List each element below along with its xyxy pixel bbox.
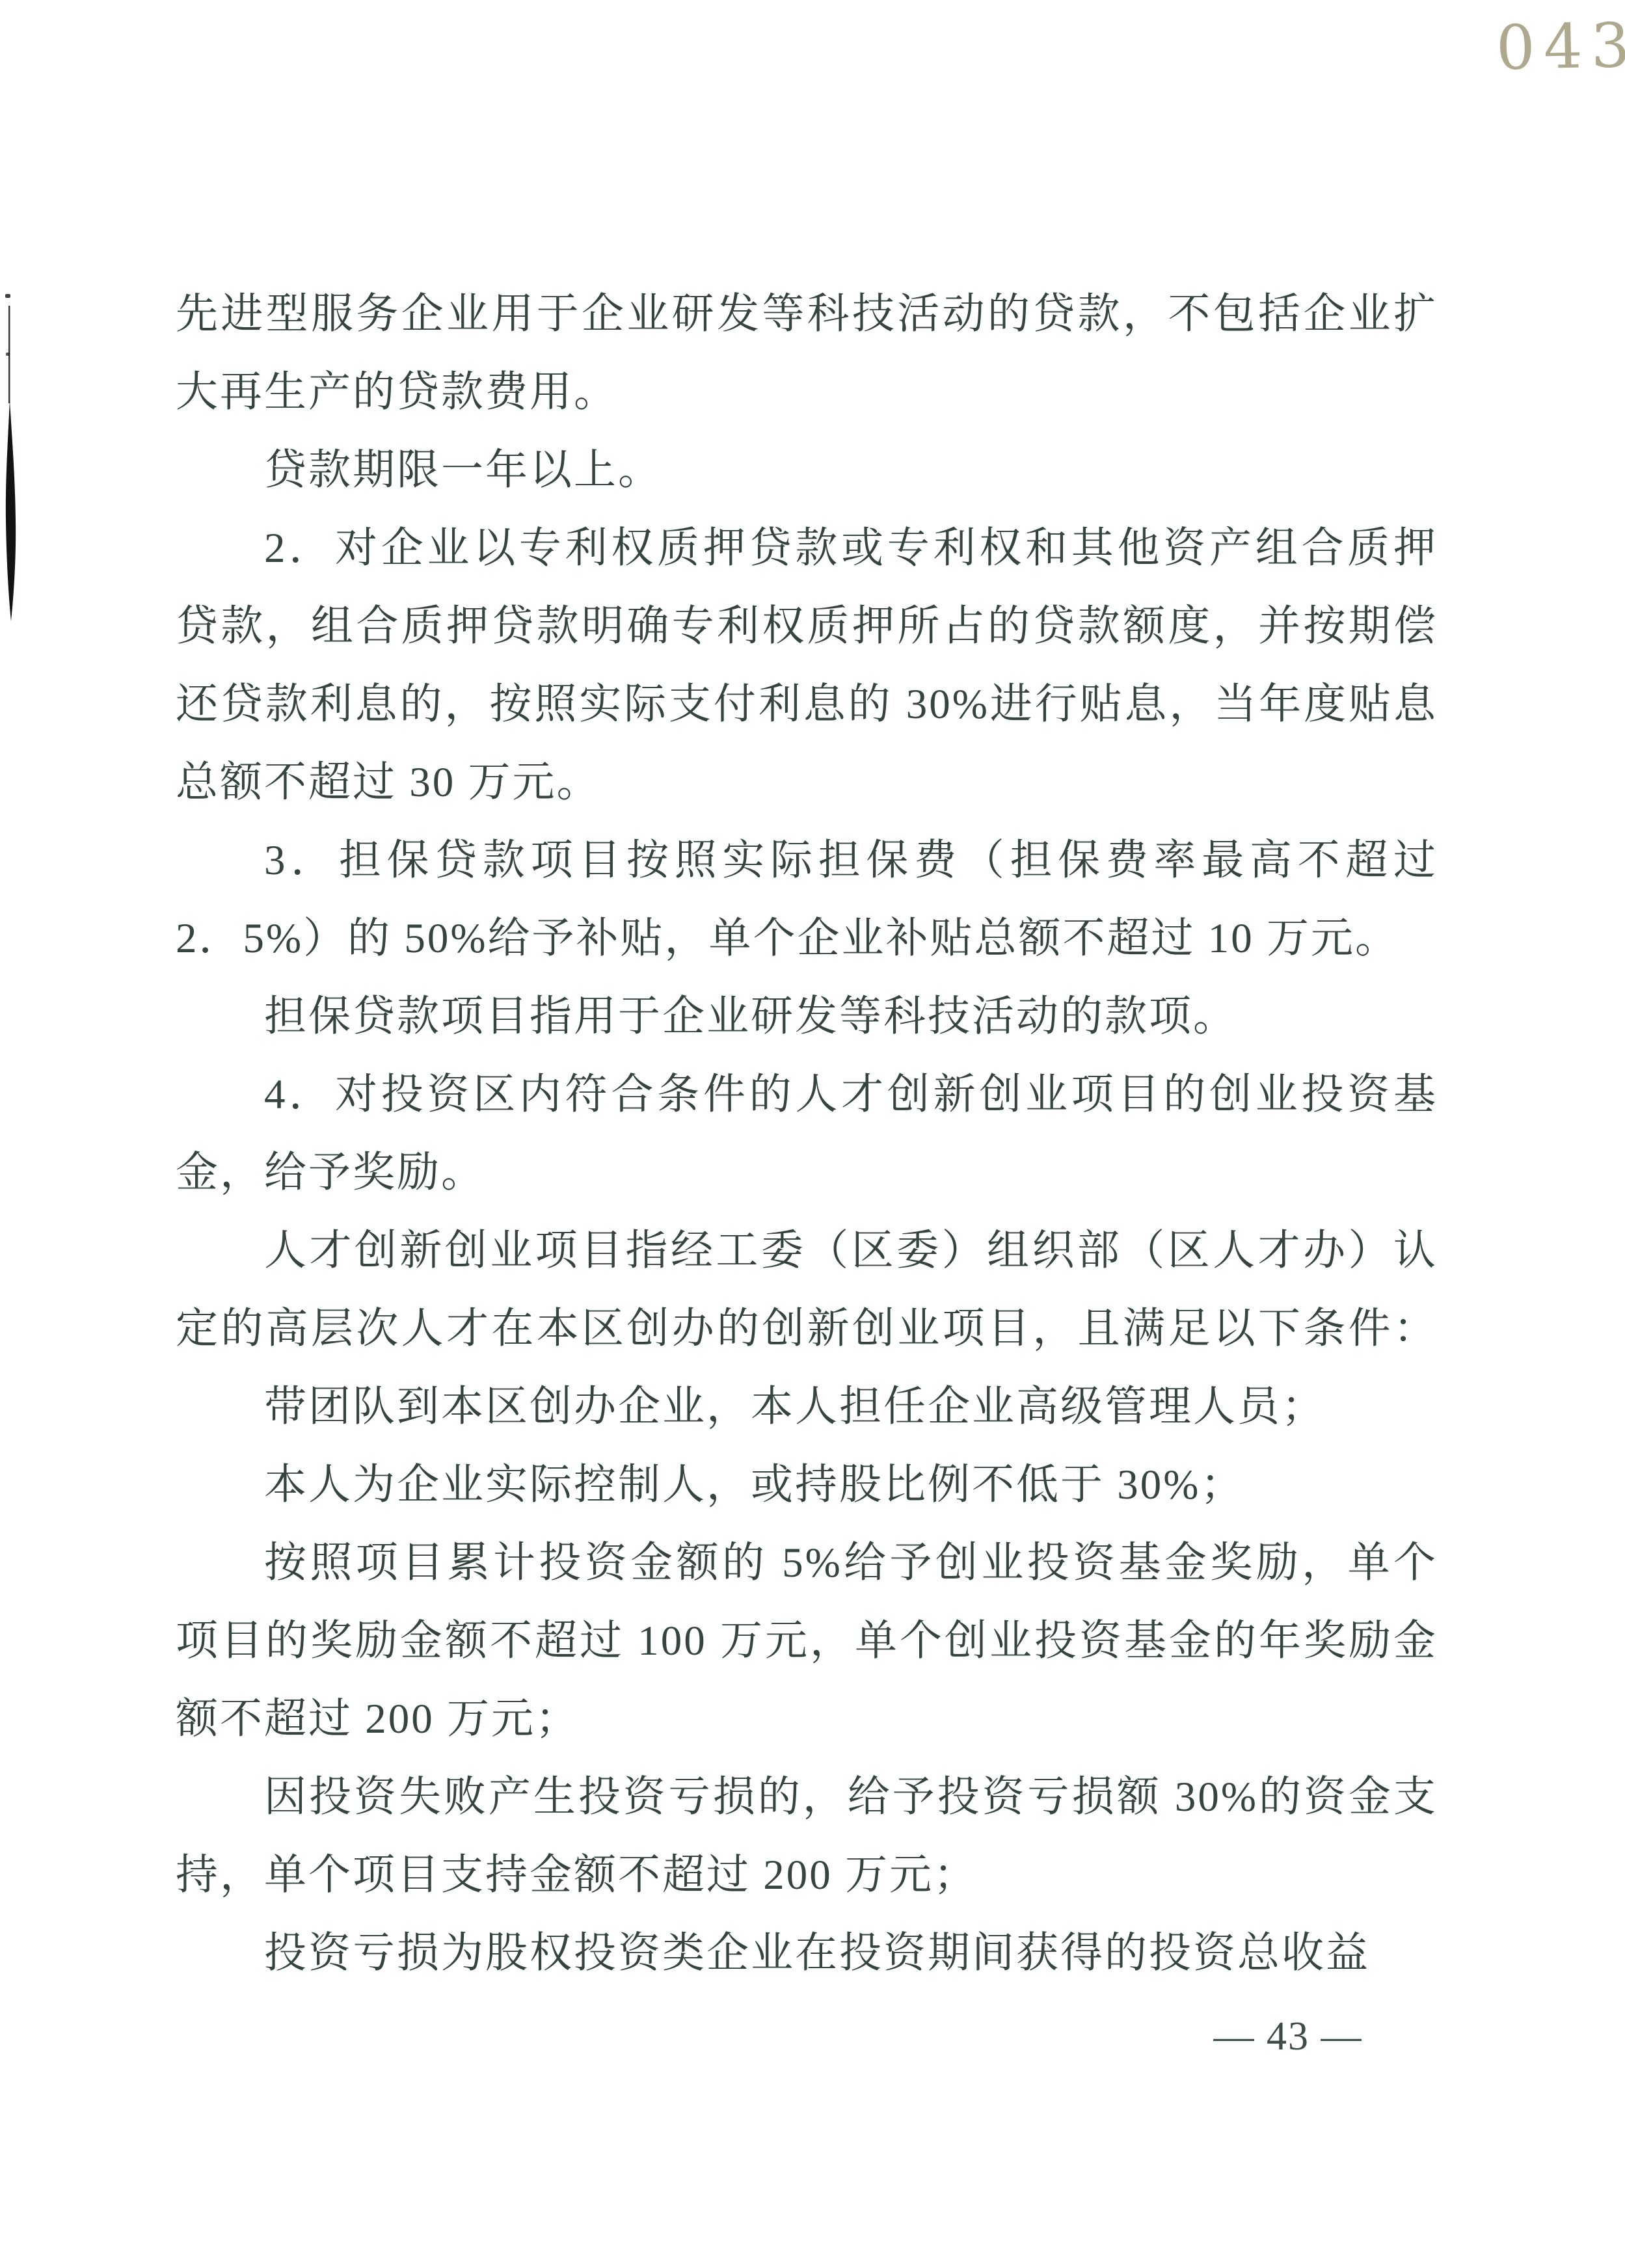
binding-blade [6, 400, 16, 621]
text-line: 担保贷款项目指用于企业研发等科技活动的款项。 [176, 978, 1438, 1056]
text-line: 带团队到本区创办企业，本人担任企业高级管理人员； [176, 1368, 1438, 1446]
text-line: 大再生产的贷款费用。 [176, 353, 1438, 431]
text-line: 因投资失败产生投资亏损的，给予投资亏损额 30%的资金支 [176, 1758, 1438, 1836]
text-line: 人才创新创业项目指经工委（区委）组织部（区人才办）认 [176, 1212, 1438, 1290]
page-stamp: 043 [1496, 10, 1625, 85]
document-body: 先进型服务企业用于企业研发等科技活动的贷款，不包括企业扩大再生产的贷款费用。贷款… [176, 275, 1438, 1992]
binding-tick-upper [5, 294, 10, 298]
text-line: 3．担保贷款项目按照实际担保费（担保费率最高不超过 [176, 821, 1438, 900]
text-line: 4．对投资区内符合条件的人才创新创业项目的创业投资基 [176, 1056, 1438, 1134]
binding-mark [0, 241, 39, 657]
text-line: 金，给予奖励。 [176, 1134, 1438, 1212]
text-line: 定的高层次人才在本区创办的创新创业项目，且满足以下条件： [176, 1290, 1438, 1368]
text-line: 项目的奖励金额不超过 100 万元，单个创业投资基金的年奖励金 [176, 1602, 1438, 1680]
text-line: 总额不超过 30 万元。 [176, 743, 1438, 821]
page-number-footer: — 43 — [1164, 2014, 1412, 2060]
text-line: 额不超过 200 万元； [176, 1680, 1438, 1758]
binding-hairline [8, 306, 10, 403]
text-line: 本人为企业实际控制人，或持股比例不低于 30%； [176, 1446, 1438, 1524]
text-line: 2．5%）的 50%给予补贴，单个企业补贴总额不超过 10 万元。 [176, 900, 1438, 978]
text-line: 持，单个项目支持金额不超过 200 万元； [176, 1836, 1438, 1914]
text-line: 2．对企业以专利权质押贷款或专利权和其他资产组合质押 [176, 509, 1438, 587]
text-line: 贷款期限一年以上。 [176, 431, 1438, 509]
text-line: 还贷款利息的，按照实际支付利息的 30%进行贴息，当年度贴息 [176, 665, 1438, 743]
text-line: 按照项目累计投资金额的 5%给予创业投资基金奖励，单个 [176, 1524, 1438, 1602]
text-line: 投资亏损为股权投资类企业在投资期间获得的投资总收益 [176, 1914, 1438, 1992]
text-line: 贷款，组合质押贷款明确专利权质押所占的贷款额度，并按期偿 [176, 587, 1438, 665]
text-line: 先进型服务企业用于企业研发等科技活动的贷款，不包括企业扩 [176, 275, 1438, 353]
binding-tick-lower [6, 353, 10, 356]
